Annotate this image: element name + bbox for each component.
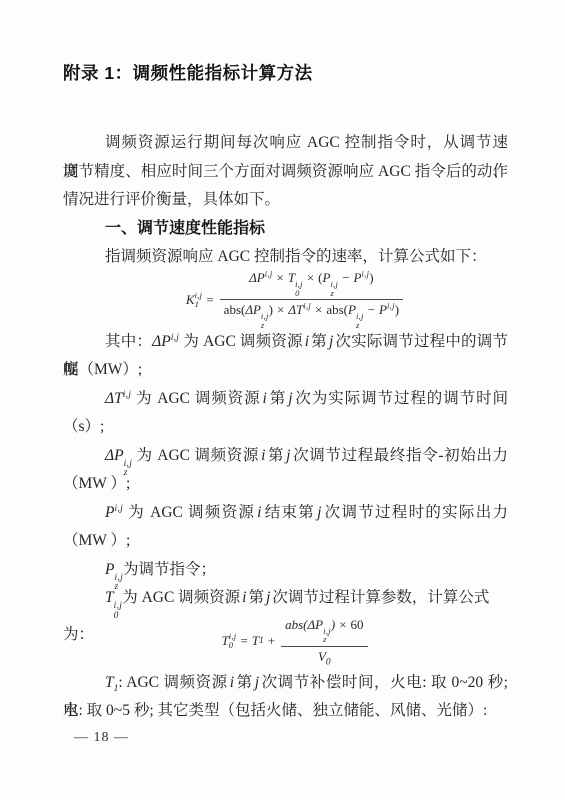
math-var-dt: ΔT (288, 302, 303, 317)
times-sign: × (276, 270, 283, 285)
definition-p-line-1: Pi,j 为 AGC 调频资源i结束第j次调节过程时的实际出力 (63, 499, 508, 528)
sup-ij: i,j (123, 389, 132, 399)
definition-dt-line-1: ΔTi,j 为 AGC 调频资源i第j次为实际调节过程的调节时间 (63, 385, 508, 414)
definition-text: 为 AGC 调频资源 (122, 589, 240, 606)
definition-text: 为 AGC 调频资源 (128, 504, 255, 521)
math-var-pz: P (323, 270, 331, 285)
math-var-t0: T (105, 589, 114, 606)
definition-text: 次为实际调节过程的调节时间 (295, 390, 509, 407)
supsub-k1: i,j1 (195, 291, 203, 308)
fraction-numerator: ΔPi,j×Ti,j0×(Pi,jz−Pi,j) (220, 270, 403, 300)
section-1-heading: 一、调节速度性能指标 (63, 215, 508, 244)
equals-sign: = (206, 292, 213, 308)
math-var-t1: T (105, 674, 114, 691)
intro-line-1: 调频资源运行期间每次响应 AGC 控制指令时，从调节速度、 (63, 129, 508, 158)
times-sign: × (277, 302, 284, 317)
sub-0: 0 (229, 641, 237, 650)
definition-text: 第 (311, 333, 327, 350)
sub-0: 0 (114, 612, 123, 622)
definition-text: 结束第 (263, 504, 315, 521)
minus-sign: − (368, 302, 375, 317)
formula-t0: Ti,j0 = T1 + abs(ΔPi,jz)×60 V0 (63, 613, 508, 669)
math-var-dpz: ΔP (308, 617, 324, 632)
section-1-lead: 指调频资源响应 AGC 控制指令的速率，计算公式如下： (63, 243, 508, 272)
definition-text: 为调节指令； (123, 561, 216, 578)
math-var-v0: V (318, 649, 326, 664)
definition-text: : AGC 调频资源 (118, 674, 227, 691)
where-label: 其中： (105, 333, 152, 350)
abs-function: abs( (326, 302, 348, 317)
supsub-pz: i,jz (330, 280, 338, 297)
times-sign: × (315, 302, 322, 317)
math-var-i: i (242, 589, 246, 606)
sub-0: 0 (295, 289, 303, 298)
definition-text: 第 (269, 390, 286, 407)
definition-pz-line: Pi,jz为调节指令； (63, 556, 508, 585)
math-var-dpz: ΔP (105, 447, 124, 464)
math-var-t0: T (288, 270, 295, 285)
sup-ij: i,j (114, 503, 123, 513)
definition-text: 为 AGC 调频资源 (137, 447, 259, 464)
abs-function: abs( (224, 302, 246, 317)
paren-close: ) (331, 617, 335, 632)
definition-text: 第 (267, 447, 284, 464)
supsub-pz: i,jz (356, 312, 364, 329)
math-var-t1: T (252, 633, 259, 649)
math-var-j: j (329, 333, 333, 350)
math-var-i: i (263, 390, 267, 407)
equals-sign: = (240, 633, 247, 649)
minus-sign: − (342, 270, 349, 285)
math-var-j: j (288, 390, 292, 407)
definition-p-line-2: （MW ）; (63, 527, 508, 556)
definition-text: 第 (248, 589, 264, 606)
page-number: — 18 — (74, 730, 129, 746)
definition-text: 次调节过程最终指令-初始出力 (292, 447, 508, 464)
intro-line-3: 情况进行评价衡量，具体如下。 (63, 186, 508, 215)
definition-text: 为 AGC 调频资源 (183, 333, 302, 350)
sup-ij: i,j (387, 301, 395, 311)
supsub-dpz: i,jz (261, 312, 269, 329)
paren-close: ) (369, 270, 373, 285)
sub-0: 0 (326, 657, 331, 667)
sup-ij: i,j (265, 269, 273, 279)
math-var-pz: P (105, 561, 114, 578)
sup-ij: i,j (303, 301, 311, 311)
math-var-i: i (257, 504, 261, 521)
definition-dt-line-2: （s）; (63, 413, 508, 442)
abs-function: abs( (285, 617, 307, 632)
math-var-dt: ΔT (105, 390, 123, 407)
math-var-i: i (230, 674, 234, 691)
times-sign: × (307, 270, 314, 285)
times-sign: × (339, 617, 346, 632)
math-var-t0: T (221, 633, 228, 649)
definition-dp-line-1: 其中：ΔPi,j 为 AGC 调频资源i第j次实际调节过程中的调节幅 (63, 328, 508, 357)
sub-z: z (330, 289, 338, 298)
math-var-j: j (266, 589, 270, 606)
math-var-j: j (317, 504, 321, 521)
sub-z: z (323, 635, 331, 644)
math-var-i: i (261, 447, 265, 464)
definition-t1-line-2: 电: 取 0~5 秒; 其它类型（包括火储、独立储能、风储、光储）: (63, 697, 508, 726)
sub-1: 1 (195, 300, 203, 309)
number-60: 60 (351, 617, 364, 632)
math-var-i: i (305, 333, 309, 350)
sup-ij: i,j (171, 332, 180, 342)
definition-t0-line: Ti,j0为 AGC 调频资源i第j次调节过程计算参数，计算公式为： (63, 584, 508, 613)
definition-text: 次调节过程时的实际出力 (323, 504, 508, 521)
fraction: ΔPi,j×Ti,j0×(Pi,jz−Pi,j) abs(ΔPi,jz)×ΔTi… (220, 270, 403, 329)
supsub-t0: i,j0 (114, 602, 123, 621)
fraction-denominator: V0 (281, 647, 367, 665)
supsub-dpz: i,jz (323, 627, 331, 644)
fraction-numerator: abs(ΔPi,jz)×60 (281, 617, 367, 647)
document-body: 调频资源运行期间每次响应 AGC 控制指令时，从调节速度、 调节精度、相应时间三… (63, 129, 508, 726)
definition-dpz-line-2: （MW ）; (63, 470, 508, 499)
definition-text: 第 (236, 674, 253, 691)
math-var-j: j (255, 674, 259, 691)
paren-close: ) (395, 302, 399, 317)
math-var-k: K (186, 292, 195, 308)
math-var-p: P (379, 302, 387, 317)
math-var-dpz: ΔP (245, 302, 261, 317)
math-var-dp: ΔP (249, 270, 265, 285)
formula-k1: Ki,j1 = ΔPi,j×Ti,j0×(Pi,jz−Pi,j) abs(ΔPi… (63, 272, 508, 328)
math-var-dp: ΔP (152, 333, 171, 350)
math-var-j: j (286, 447, 290, 464)
plus-sign: + (268, 633, 275, 649)
math-var-pz: P (348, 302, 356, 317)
supsub-t0: i,j0 (295, 280, 303, 297)
definition-t1-line-1: T1: AGC 调频资源i第j次调节补偿时间，火电: 取 0~20 秒; 水 (63, 669, 508, 698)
appendix-title: 附录 1：调频性能指标计算方法 (63, 60, 313, 85)
definition-dpz-line-1: ΔPi,jz 为 AGC 调频资源i第j次调节过程最终指令-初始出力 (63, 442, 508, 471)
supsub-t0: i,j0 (229, 632, 237, 649)
scanned-document-page: 附录 1：调频性能指标计算方法 调频资源运行期间每次响应 AGC 控制指令时，从… (0, 0, 565, 800)
fraction-denominator: abs(ΔPi,jz)×ΔTi,j×abs(Pi,jz−Pi,j) (220, 300, 403, 329)
paren-close: ) (269, 302, 273, 317)
definition-text: 为 AGC 调频资源 (136, 390, 260, 407)
fraction: abs(ΔPi,jz)×60 V0 (281, 617, 367, 665)
math-var-p: P (354, 270, 362, 285)
intro-line-2: 调节精度、相应时间三个方面对调频资源响应 AGC 指令后的动作 (63, 158, 508, 187)
definition-dp-line-2: 度（MW）; (63, 356, 508, 385)
